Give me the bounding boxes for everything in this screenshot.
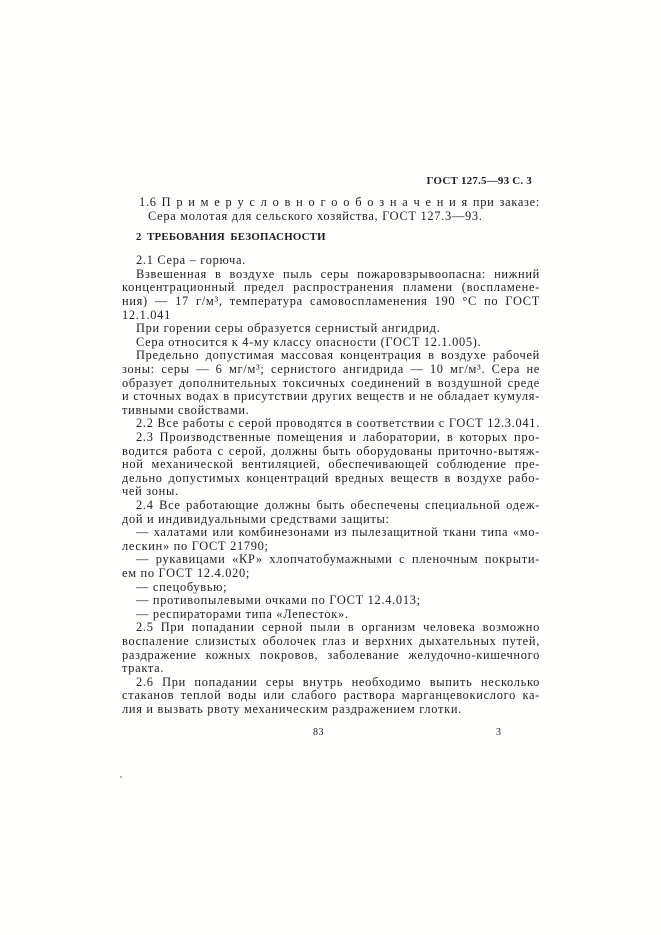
text-line: ной механической вентиляцией, обеспечива… [122, 458, 540, 472]
text-line: тивными свойствами. [122, 404, 540, 418]
text-line: 2.2 Все работы с серой проводятся в соот… [122, 417, 540, 431]
text-line: ем по ГОСТ 12.4.020; [122, 567, 540, 581]
scanned-page: ГОСТ 127.5—93 С. 3 1.6 П р и м е р у с л… [0, 0, 661, 935]
text-line: и сточных водах в присутствии других вещ… [122, 390, 540, 404]
text-line: — противопылевыми очками по ГОСТ 12.4.01… [122, 594, 540, 608]
text-line: 2.1 Сера – горюча. [122, 254, 540, 268]
scan-artifact-dot [120, 776, 122, 778]
text-line: Сера молотая для сельского хозяйства, ГО… [122, 210, 540, 224]
text-line: — рукавицами «КР» хлопчатобумажными с пл… [122, 553, 540, 567]
text-line: концентрационный предел распространения … [122, 281, 540, 295]
text-line: 2.4 Все работающие должны быть обеспечен… [122, 499, 540, 513]
text-line: 2.5 При попадании серной пыли в организм… [122, 621, 540, 635]
text-line: зоны: серы — 6 мг/м³; сернистого ангидри… [122, 363, 540, 377]
text-line: — респираторами типа «Лепесток». [122, 608, 540, 622]
text-line: 2.3 Производственные помещения и лаборат… [122, 431, 540, 445]
text-line: тракта. [122, 662, 540, 676]
text-line: 2.6 При попадании серы внутрь необходимо… [122, 676, 540, 690]
page-number-right: 3 [496, 727, 502, 739]
document-body: 1.6 П р и м е р у с л о в н о г о о б о … [122, 196, 540, 716]
text-line: — спецобувью; [122, 581, 540, 595]
text-line: дельно допустимых концентраций вредных в… [122, 472, 540, 486]
text-line: воспаление слизистых оболочек глаз и вер… [122, 635, 540, 649]
text-line: водится работа с серой, должны быть обор… [122, 445, 540, 459]
text-line: лия и вызвать рвоту механическим раздраж… [122, 703, 540, 717]
text-line: 1.6 П р и м е р у с л о в н о г о о б о … [122, 196, 540, 210]
text-line: раздражение кожных покровов, заболевание… [122, 649, 540, 663]
text-line: стаканов теплой воды или слабого раствор… [122, 689, 540, 703]
text-line: образует дополнительных токсичных соедин… [122, 377, 540, 391]
text-line: Взвешенная в воздухе пыль серы пожаровзр… [122, 268, 540, 282]
text-line: ния) — 17 г/м³, температура самовоспламе… [122, 295, 540, 309]
text-line: — халатами или комбинезонами из пылезащи… [122, 526, 540, 540]
text-line: Сера относится к 4-му классу опасности (… [122, 336, 540, 350]
text-line: При горении серы образуется сернистый ан… [122, 322, 540, 336]
text-line: 12.1.041 [122, 309, 540, 323]
page-header: ГОСТ 127.5—93 С. 3 [122, 175, 532, 187]
text-line: чей зоны. [122, 485, 540, 499]
section-heading: 2 ТРЕБОВАНИЯ БЕЗОПАСНОСТИ [122, 231, 540, 245]
text-line: лескин» по ГОСТ 21790; [122, 540, 540, 554]
text-line: Предельно допустимая массовая концентрац… [122, 349, 540, 363]
text-line: дой и индивидуальными средствами защиты: [122, 513, 540, 527]
page-number-center: 83 [313, 727, 324, 739]
